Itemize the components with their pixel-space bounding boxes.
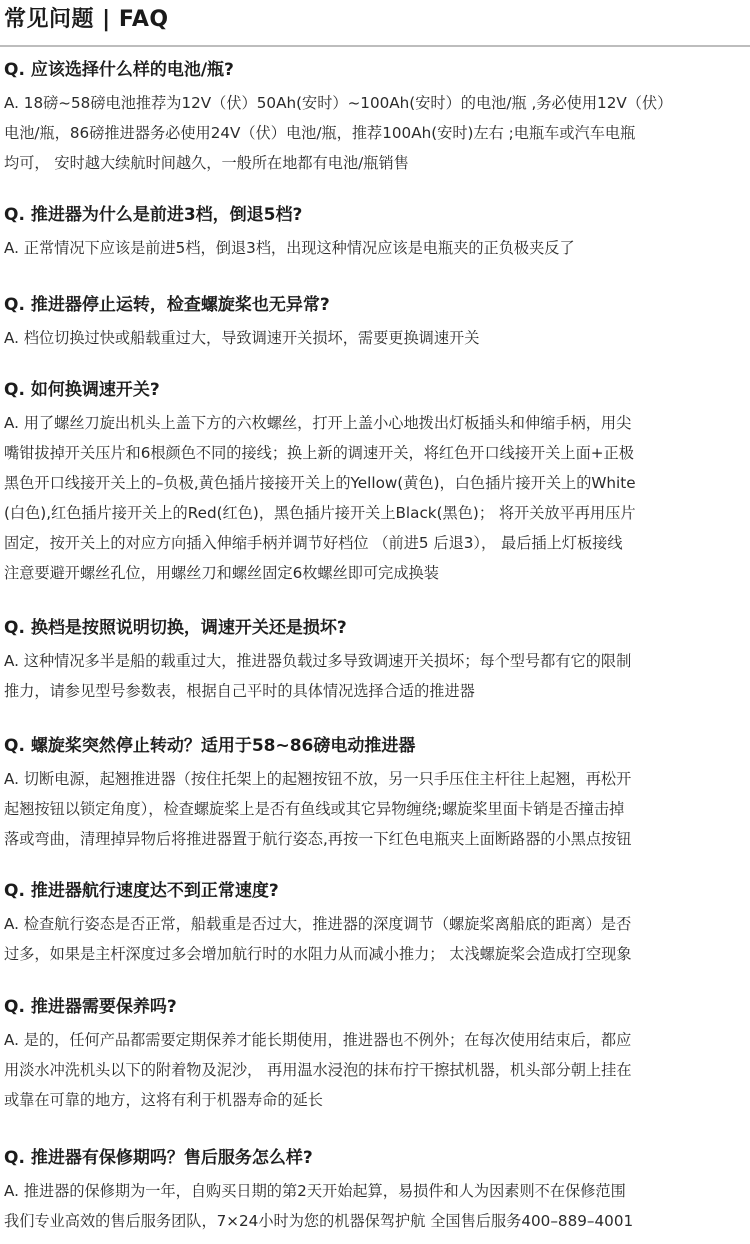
answer-line: 固定，按开关上的对应方向插入伸缩手柄并调节好档位 （前进5 后退3）， 最后插上… <box>4 528 748 558</box>
faq-item: Q. 推进器航行速度达不到正常速度? A. 检查航行姿态是否正常，船载重是否过大… <box>4 876 748 969</box>
faq-item: Q. 换档是按照说明切换，调速开关还是损坏? A. 这种情况多半是船的载重过大，… <box>4 613 748 706</box>
answer-line: 起翘按钮以锁定角度），检查螺旋桨上是否有鱼线或其它异物缠绕;螺旋桨里面卡销是否撞… <box>4 794 748 824</box>
faq-question: Q. 应该选择什么样的电池/瓶? <box>4 55 748 85</box>
answer-line: 均可， 安时越大续航时间越久，一般所在地都有电池/瓶销售 <box>4 148 748 178</box>
faq-answer: A. 切断电源，起翘推进器（按住托架上的起翘按钮不放，另一只手压住主杆往上起翘，… <box>4 764 748 854</box>
faq-question: Q. 推进器停止运转，检查螺旋桨也无异常? <box>4 290 748 320</box>
faq-item: Q. 推进器需要保养吗? A. 是的，任何产品都需要定期保养才能长期使用，推进器… <box>4 992 748 1115</box>
faq-answer: A. 是的，任何产品都需要定期保养才能长期使用，推进器也不例外；在每次使用结束后… <box>4 1025 748 1115</box>
faq-answer: A. 18磅~58磅电池推荐为12V（伏）50Ah(安时）~100Ah(安时）的… <box>4 88 748 178</box>
answer-line: A. 档位切换过快或船载重过大，导致调速开关损坏，需要更换调速开关 <box>4 323 748 353</box>
answer-line: (白色),红色插片接开关上的Red(红色)，黑色插片接开关上Black(黑色)；… <box>4 498 748 528</box>
faq-question: Q. 如何换调速开关? <box>4 375 748 405</box>
answer-line: A. 切断电源，起翘推进器（按住托架上的起翘按钮不放，另一只手压住主杆往上起翘，… <box>4 764 748 794</box>
faq-answer: A. 档位切换过快或船载重过大，导致调速开关损坏，需要更换调速开关 <box>4 323 748 353</box>
answer-line: 落或弯曲，清理掉异物后将推进器置于航行姿态,再按一下红色电瓶夹上面断路器的小黑点… <box>4 824 748 854</box>
faq-item: Q. 推进器停止运转，检查螺旋桨也无异常? A. 档位切换过快或船载重过大，导致… <box>4 290 748 353</box>
answer-line: A. 正常情况下应该是前进5档，倒退3档，出现这种情况应该是电瓶夹的正负极夹反了 <box>4 233 748 263</box>
faq-answer: A. 正常情况下应该是前进5档，倒退3档，出现这种情况应该是电瓶夹的正负极夹反了 <box>4 233 748 263</box>
answer-line: A. 这种情况多半是船的载重过大，推进器负载过多导致调速开关损坏；每个型号都有它… <box>4 646 748 676</box>
faq-question: Q. 推进器有保修期吗？售后服务怎么样? <box>4 1143 748 1173</box>
answer-line: 用淡水冲洗机头以下的附着物及泥沙， 再用温水浸泡的抹布拧干擦拭机器，机头部分朝上… <box>4 1055 748 1085</box>
answer-line: A. 是的，任何产品都需要定期保养才能长期使用，推进器也不例外；在每次使用结束后… <box>4 1025 748 1055</box>
faq-answer: A. 这种情况多半是船的载重过大，推进器负载过多导致调速开关损坏；每个型号都有它… <box>4 646 748 706</box>
answer-line: 过多，如果是主杆深度过多会增加航行时的水阻力从而减小推力； 太浅螺旋桨会造成打空… <box>4 939 748 969</box>
answer-line: A. 18磅~58磅电池推荐为12V（伏）50Ah(安时）~100Ah(安时）的… <box>4 88 748 118</box>
answer-line: 我们专业高效的售后服务团队，7×24小时为您的机器保驾护航 全国售后服务400–… <box>4 1206 748 1236</box>
faq-item: Q. 应该选择什么样的电池/瓶? A. 18磅~58磅电池推荐为12V（伏）50… <box>4 55 748 178</box>
faq-item: Q. 推进器为什么是前进3档，倒退5档? A. 正常情况下应该是前进5档，倒退3… <box>4 200 748 263</box>
faq-question: Q. 推进器为什么是前进3档，倒退5档? <box>4 200 748 230</box>
answer-line: A. 推进器的保修期为一年，自购买日期的第2天开始起算，易损件和人为因素则不在保… <box>4 1176 748 1206</box>
faq-item: Q. 推进器有保修期吗？售后服务怎么样? A. 推进器的保修期为一年，自购买日期… <box>4 1143 748 1236</box>
answer-line: 电池/瓶，86磅推进器务必使用24V（伏）电池/瓶，推荐100Ah(安时)左右 … <box>4 118 748 148</box>
answer-line: 嘴钳拔掉开关压片和6根颜色不同的接线；换上新的调速开关，将红色开口线接开关上面+… <box>4 438 748 468</box>
answer-line: 推力，请参见型号参数表，根据自己平时的具体情况选择合适的推进器 <box>4 676 748 706</box>
faq-question: Q. 螺旋桨突然停止转动？适用于58~86磅电动推进器 <box>4 731 748 761</box>
faq-question: Q. 换档是按照说明切换，调速开关还是损坏? <box>4 613 748 643</box>
faq-item: Q. 螺旋桨突然停止转动？适用于58~86磅电动推进器 A. 切断电源，起翘推进… <box>4 731 748 854</box>
faq-answer: A. 检查航行姿态是否正常，船载重是否过大，推进器的深度调节（螺旋桨离船底的距离… <box>4 909 748 969</box>
answer-line: 黑色开口线接开关上的–负极,黄色插片接接开关上的Yellow(黄色)，白色插片接… <box>4 468 748 498</box>
answer-line: A. 检查航行姿态是否正常，船载重是否过大，推进器的深度调节（螺旋桨离船底的距离… <box>4 909 748 939</box>
faq-question: Q. 推进器需要保养吗? <box>4 992 748 1022</box>
answer-line: A. 用了螺丝刀旋出机头上盖下方的六枚螺丝，打开上盖小心地拨出灯板插头和伸缩手柄… <box>4 408 748 438</box>
faq-question: Q. 推进器航行速度达不到正常速度? <box>4 876 748 906</box>
title-divider <box>0 45 750 47</box>
answer-line: 注意要避开螺丝孔位，用螺丝刀和螺丝固定6枚螺丝即可完成换装 <box>4 558 748 588</box>
answer-line: 或靠在可靠的地方，这将有利于机器寿命的延长 <box>4 1085 748 1115</box>
faq-answer: A. 用了螺丝刀旋出机头上盖下方的六枚螺丝，打开上盖小心地拨出灯板插头和伸缩手柄… <box>4 408 748 588</box>
page-title: 常见问题 | FAQ <box>4 4 169 36</box>
faq-answer: A. 推进器的保修期为一年，自购买日期的第2天开始起算，易损件和人为因素则不在保… <box>4 1176 748 1236</box>
faq-item: Q. 如何换调速开关? A. 用了螺丝刀旋出机头上盖下方的六枚螺丝，打开上盖小心… <box>4 375 748 588</box>
